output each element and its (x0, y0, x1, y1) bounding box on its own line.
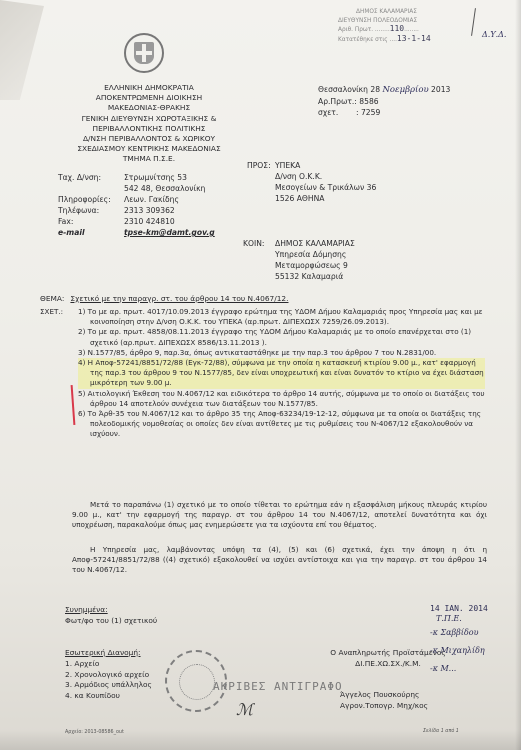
city-day: Θεσσαλονίκη 28 (318, 85, 380, 94)
annotation-line: -κ Μιχαηλίδη (430, 642, 488, 660)
certified-copy-stamp: ΑΚΡΙΒΕΣ ΑΝΤΙΓΡΑΦΟ (213, 680, 343, 693)
signatory-name-block: Άγγελος Πουσκούρης Αγρον.Τοπογρ. Μηχ/κος (340, 690, 428, 711)
header-line: ΣΧΕΔΙΑΣΜΟΥ ΚΕΝΤΡΙΚΗΣ ΜΑΚΕΔΟΝΙΑΣ (70, 144, 228, 154)
body-paragraph: Η Υπηρεσία μας, λαμβάνοντας υπόψη τα (4)… (72, 545, 487, 576)
recipient-line: 1526 ΑΘΗΝΑ (275, 193, 376, 204)
references-block: ΣΧΕΤ.: 1) Το με αρ. πρωτ. 4017/10.09.201… (40, 307, 485, 440)
attachment-item: Φωτ/φο του (1) σχετικού (65, 616, 157, 627)
annotation-line: -κ Σαββίδου (430, 624, 488, 642)
stamp-protocol-label: Αριθ. Πρωτ. (338, 27, 373, 33)
signatory-name: Άγγελος Πουσκούρης (340, 690, 428, 701)
cc-line: ΔΗΜΟΣ ΚΑΛΑΜΑΡΙΑΣ (275, 238, 355, 249)
header-line: ΠΕΡΙΒΑΛΛΟΝΤΙΚΗΣ ΠΟΛΙΤΙΚΗΣ (70, 124, 228, 134)
cc-line: Μεταμορφώσεως 9 (275, 260, 355, 271)
stamp-line-1: ΔΗΜΟΣ ΚΑΛΑΜΑΡΙΑΣ (338, 8, 468, 17)
stamp-handwritten-note: Δ.Υ.Δ. (482, 30, 506, 39)
recipient-line: Μεσογείων & Τρικάλων 36 (275, 182, 376, 193)
email-link[interactable]: tpse-km@damt.gov.g (124, 227, 215, 238)
address-line-1: Στρωμνίτσης 53 (124, 172, 187, 183)
phone-value: 2313 309362 (124, 205, 175, 216)
distribution-block: Εσωτερική Διανομή: 1. Αρχείο 2. Χρονολογ… (65, 648, 152, 702)
distribution-item: 2. Χρονολογικό αρχείο (65, 670, 152, 681)
annotation-line: Τ.Π.Ε. (430, 614, 488, 624)
fax-label: Fax: (58, 216, 124, 227)
annotation-date-stamp: 14 ΙΑΝ. 2014 (430, 604, 488, 614)
header-line: ΓΕΝΙΚΗ ΔΙΕΥΘΥΝΣΗ ΧΩΡΟΤΑΞΙΚΗΣ & (70, 114, 228, 124)
year: 2013 (431, 85, 450, 94)
header-line: ΕΛΛΗΝΙΚΗ ΔΗΜΟΚΡΑΤΙΑ (70, 83, 228, 93)
bottom-shadow (0, 730, 521, 750)
stamp-filed-value: 13-1-14 (397, 34, 431, 43)
distribution-label: Εσωτερική Διανομή: (65, 648, 152, 659)
distribution-item: 1. Αρχείο (65, 659, 152, 670)
handwritten-annotation: 14 ΙΑΝ. 2014 Τ.Π.Ε. -κ Σαββίδου -κ Μιχαη… (430, 604, 488, 678)
stamp-pen-stroke (471, 8, 476, 36)
related-label: σχετ. (318, 107, 356, 118)
recipient-block: ΠΡΟΣ: ΥΠΕΚΑ Δ/νση Ο.Κ.Κ. Μεσογείων & Τρι… (275, 160, 376, 204)
attachments-block: Συνημμένα: Φωτ/φο του (1) σχετικού (65, 605, 157, 627)
header-line: ΤΜΗΜΑ Π.Σ.Ε. (70, 154, 228, 164)
recipient-label: ΠΡΟΣ: (247, 160, 271, 171)
reference-item-highlighted: 4) Η Αποφ-57241/8851/72/88 (Εγκ-72/88), … (78, 358, 485, 389)
cc-line: Υπηρεσία Δόμησης (275, 249, 355, 260)
receipt-stamp: ΔΗΜΟΣ ΚΑΛΑΜΑΡΙΑΣ ΔΙΕΥΘΥΝΣΗ ΠΟΛΕΟΔΟΜΙΑΣ Α… (338, 8, 468, 44)
cc-label: ΚΟΙΝ: (243, 238, 264, 249)
distribution-item: 4. κα Κουπίδου (65, 691, 152, 702)
header-line: ΜΑΚΕΔΟΝΙΑΣ-ΘΡΑΚΗΣ (70, 103, 228, 113)
attachments-label: Συνημμένα: (65, 605, 157, 616)
related-number: : 7259 (356, 108, 380, 117)
reference-item: 2) Το με αρ. πρωτ. 4858/08.11.2013 έγγρα… (78, 327, 485, 347)
phone-label: Τηλέφωνα: (58, 205, 124, 216)
email-label: e-mail (58, 227, 124, 238)
contact-block: Ταχ. Δ/νση:Στρωμνίτσης 53 542 48, Θεσσαλ… (58, 172, 215, 238)
info-label: Πληροφορίες: (58, 194, 124, 205)
stamp-protocol-value: 110 (390, 24, 404, 33)
signature-scribble: ℳ (236, 700, 253, 719)
page-edge-shadow (515, 0, 521, 750)
coat-of-arms-icon (124, 33, 164, 73)
distribution-item: 3. Αρμόδιος υπάλληλος (65, 680, 152, 691)
document-page: ΕΛΛΗΝΙΚΗ ΔΗΜΟΚΡΑΤΙΑ ΑΠΟΚΕΝΤΡΩΜΕΝΗ ΔΙΟΙΚΗ… (0, 0, 521, 750)
recipient-line: ΥΠΕΚΑ (275, 160, 376, 171)
header-line: ΑΠΟΚΕΝΤΡΩΜΕΝΗ ΔΙΟΙΚΗΣΗ (70, 93, 228, 103)
dateline: Θεσσαλονίκη 28 Νοεμβρίου 2013 Αρ.Πρωτ.: … (318, 84, 450, 118)
address-label: Ταχ. Δ/νση: (58, 172, 124, 183)
cross-shield-icon (134, 42, 154, 64)
reference-item: 6) Το Άρθ-35 του Ν.4067/12 και το άρθρο … (78, 409, 485, 440)
folded-corner (0, 0, 44, 100)
stamp-filed-label: Κατατέθηκε στις (338, 37, 388, 43)
info-value: Λεων. Γακίδης (124, 194, 179, 205)
cc-block: ΚΟΙΝ: ΔΗΜΟΣ ΚΑΛΑΜΑΡΙΑΣ Υπηρεσία Δόμησης … (275, 238, 355, 282)
cc-line: 55132 Καλαμαριά (275, 271, 355, 282)
annotation-line: -κ Μ... (430, 660, 488, 678)
protocol-number: 8586 (359, 97, 378, 106)
reference-item: 3) Ν.1577/85, άρθρο 9, παρ.3α, όπως αντι… (78, 348, 485, 358)
address-line-2: 542 48, Θεσσαλονίκη (124, 183, 205, 194)
fax-value: 2310 424810 (124, 216, 175, 227)
reference-item: 5) Αιτιολογική Έκθεση του Ν.4067/12 και … (78, 389, 485, 409)
header-line: Δ/ΝΣΗ ΠΕΡΙΒΑΛΛΟΝΤΟΣ & ΧΩΡΙΚΟΥ (70, 134, 228, 144)
subject-text: Σχετικό με την παραγρ. στ. του άρθρου 14… (70, 294, 288, 303)
subject-label: ΘΕΜΑ: (40, 294, 64, 303)
recipient-line: Δ/νση Ο.Κ.Κ. (275, 171, 376, 182)
issuer-header: ΕΛΛΗΝΙΚΗ ΔΗΜΟΚΡΑΤΙΑ ΑΠΟΚΕΝΤΡΩΜΕΝΗ ΔΙΟΙΚΗ… (70, 83, 228, 165)
subject-line: ΘΕΜΑ:Σχετικό με την παραγρ. στ. του άρθρ… (40, 294, 288, 304)
reference-item: 1) Το με αρ. πρωτ. 4017/10.09.2013 έγγρα… (78, 307, 485, 327)
month-handwritten: Νοεμβρίου (382, 85, 428, 95)
protocol-label: Αρ.Πρωτ.: (318, 97, 357, 106)
signatory-role: Αγρον.Τοπογρ. Μηχ/κος (340, 701, 428, 712)
body-paragraph: Μετά το παραπάνω (1) σχετικό με το οποίο… (72, 500, 487, 531)
